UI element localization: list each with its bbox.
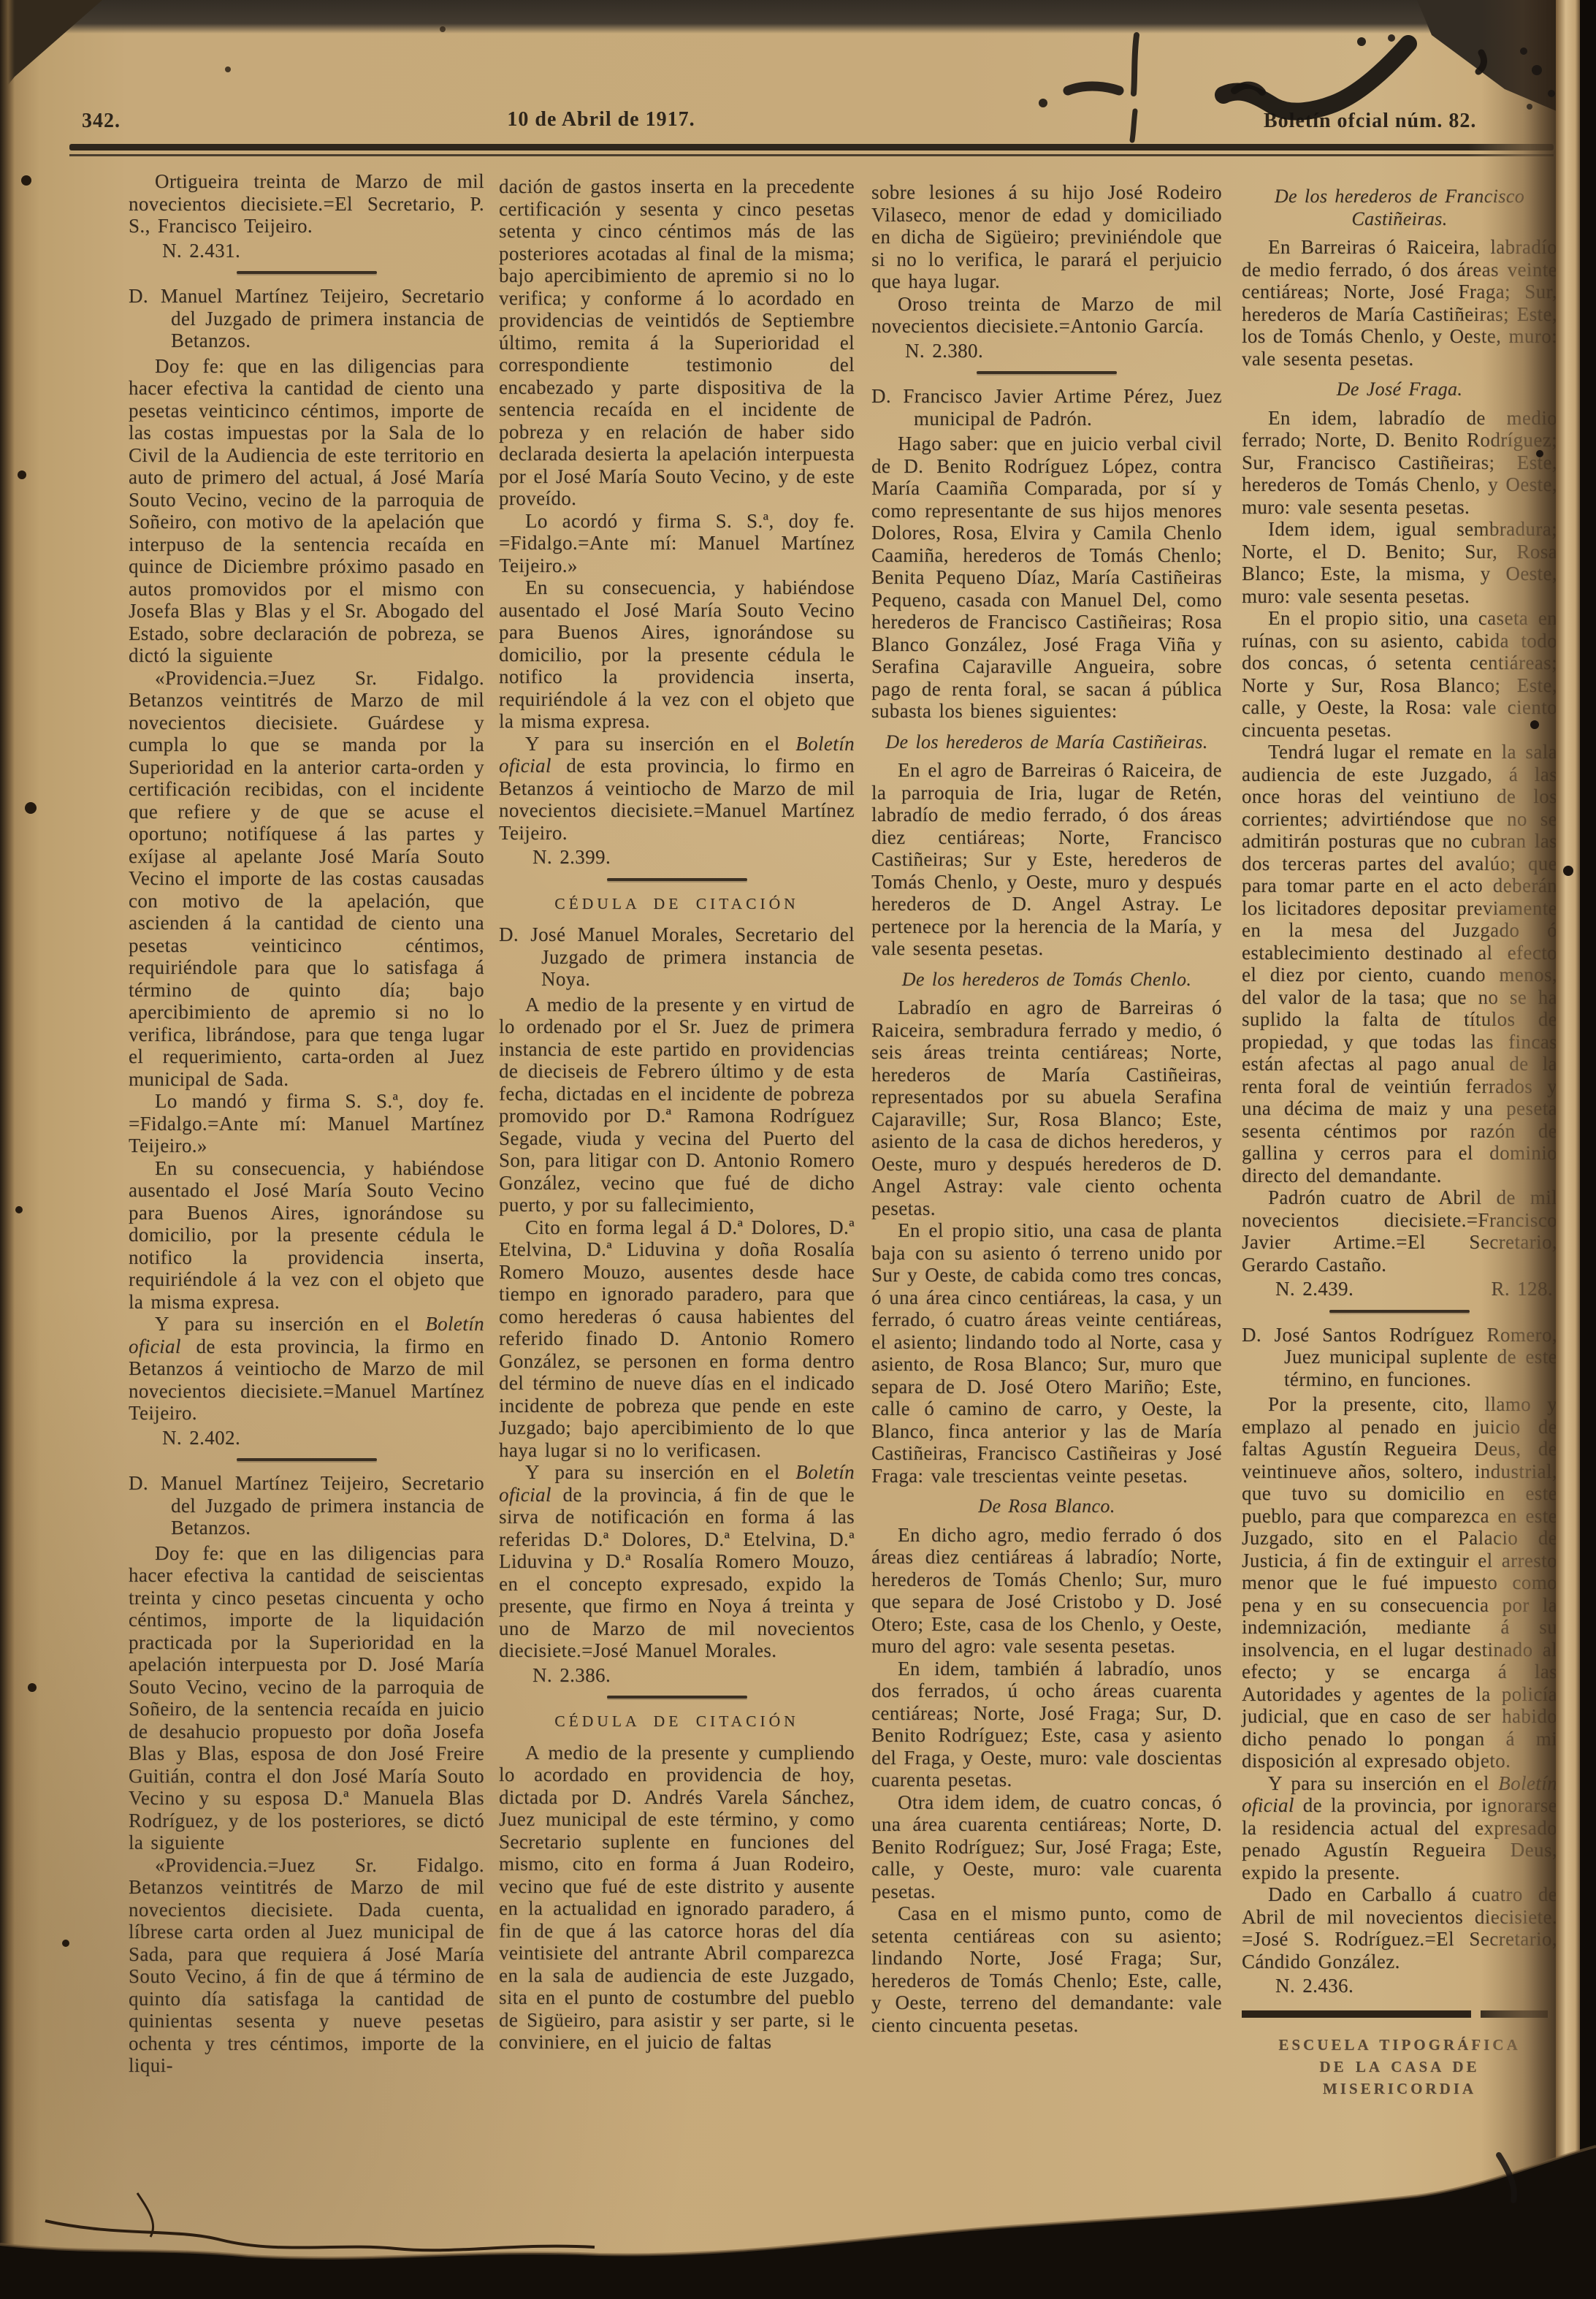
article-paragraph: En su consecuencia, y habiéndose ausenta… <box>499 576 855 733</box>
article-paragraph: «Providencia.=Juez Sr. Fidalgo. Betanzos… <box>129 1854 484 2077</box>
article-signature: D. Francisco Javier Artime Pérez, Juez m… <box>871 385 1222 430</box>
column-3: sobre lesiones á su hijo José Rodeiro Vi… <box>871 181 1222 2036</box>
article-paragraph: Doy fe: que en las diligencias para hace… <box>129 355 484 667</box>
photo-background-top <box>0 0 1596 34</box>
page-header: 342. 10 de Abril de 1917. Boletín ofcial… <box>0 108 1596 140</box>
header-date: 10 de Abril de 1917. <box>503 108 700 131</box>
article-paragraph: «Providencia.=Juez Sr. Fidalgo. Betanzos… <box>129 667 484 1091</box>
article-paragraph: Y para su inserción en el Boletín oficia… <box>129 1313 484 1425</box>
article-signature: D. José Manuel Morales, Secretario del J… <box>499 923 855 991</box>
article-paragraph: Otra idem idem, de cuatro concas, ó una … <box>871 1791 1222 1903</box>
article-paragraph: Lo acordó y firma S. S.ª, doy fe. =Fidal… <box>499 510 855 577</box>
article-paragraph: Cito en forma legal á D.ª Dolores, D.ª E… <box>499 1216 855 1462</box>
section-divider <box>977 371 1117 374</box>
article-paragraph: En el agro de Barreiras ó Raiceira, de l… <box>871 759 1222 960</box>
article-ref-number: N. 2.386. <box>499 1664 855 1687</box>
section-heading: CÉDULA DE CITACIÓN <box>499 893 855 915</box>
section-divider <box>607 1696 747 1698</box>
estate-heading: De los herederos de Tomás Chenlo. <box>871 969 1222 991</box>
article-paragraph: A medio de la presente y cumpliendo lo a… <box>499 1742 855 2054</box>
article-paragraph: Doy fe: que en las diligencias para hace… <box>129 1542 484 1854</box>
article-paragraph: Y para su inserción en el Boletín oficia… <box>499 1461 855 1662</box>
article-paragraph: En idem, también á labradío, unos dos fe… <box>871 1658 1222 1791</box>
article-ref-number: N. 2.380. <box>871 340 1222 362</box>
column-1: Ortigueira treinta de Marzo de mil novec… <box>129 170 484 2077</box>
section-divider <box>1329 1310 1470 1313</box>
estate-heading: De Rosa Blanco. <box>871 1495 1222 1518</box>
section-divider <box>237 271 377 274</box>
article-paragraph: Casa en el mismo punto, como de setenta … <box>871 1902 1222 2036</box>
article-ref-number: N. 2.431. <box>129 240 484 262</box>
column-2: dación de gastos inserta en la precedent… <box>499 175 855 2054</box>
article-ref-number: N. 2.399. <box>499 846 855 869</box>
page-number: 342. <box>82 110 121 133</box>
article-paragraph: En su consecuencia, y habiéndose ausenta… <box>129 1157 484 1314</box>
bulletin-page: 342. 10 de Abril de 1917. Boletín ofcial… <box>0 0 1596 2299</box>
article-ref-number: N. 2.402. <box>129 1427 484 1449</box>
article-paragraph: Oroso treinta de Marzo de mil noveciento… <box>871 293 1222 338</box>
article-paragraph: sobre lesiones á su hijo José Rodeiro Vi… <box>871 181 1222 293</box>
article-signature: D. Manuel Martínez Teijeiro, Secretario … <box>129 1472 484 1539</box>
header-rule <box>69 144 1554 150</box>
article-paragraph: En dicho agro, medio ferrado ó dos áreas… <box>871 1524 1222 1658</box>
article-paragraph: Labradío en agro de Barreiras ó Raiceira… <box>871 996 1222 1219</box>
article-paragraph: A medio de la presente y en virtud de lo… <box>499 994 855 1216</box>
article-paragraph: Ortigueira treinta de Marzo de mil novec… <box>129 170 484 237</box>
article-paragraph: dación de gastos inserta en la precedent… <box>499 175 855 510</box>
section-divider <box>237 1458 377 1461</box>
section-divider <box>607 878 747 881</box>
article-paragraph: Lo mandó y firma S. S.ª, doy fe. =Fidalg… <box>129 1090 484 1157</box>
next-page-edge <box>1556 0 1581 2299</box>
article-paragraph: Y para su inserción en el Boletín oficia… <box>499 733 855 845</box>
header-rule-thin <box>69 154 1554 156</box>
page-fold-shadow <box>1481 0 1557 2299</box>
article-signature: D. Manuel Martínez Teijeiro, Secretario … <box>129 285 484 352</box>
article-paragraph: Hago saber: que en juicio verbal civil d… <box>871 432 1222 723</box>
page-edge-left <box>0 0 15 2299</box>
estate-heading: De los herederos de María Castiñeiras. <box>871 731 1222 754</box>
article-paragraph: En el propio sitio, una casa de planta b… <box>871 1219 1222 1487</box>
photo-background-right <box>1580 0 1596 2299</box>
section-heading: CÉDULA DE CITACIÓN <box>499 1710 855 1733</box>
